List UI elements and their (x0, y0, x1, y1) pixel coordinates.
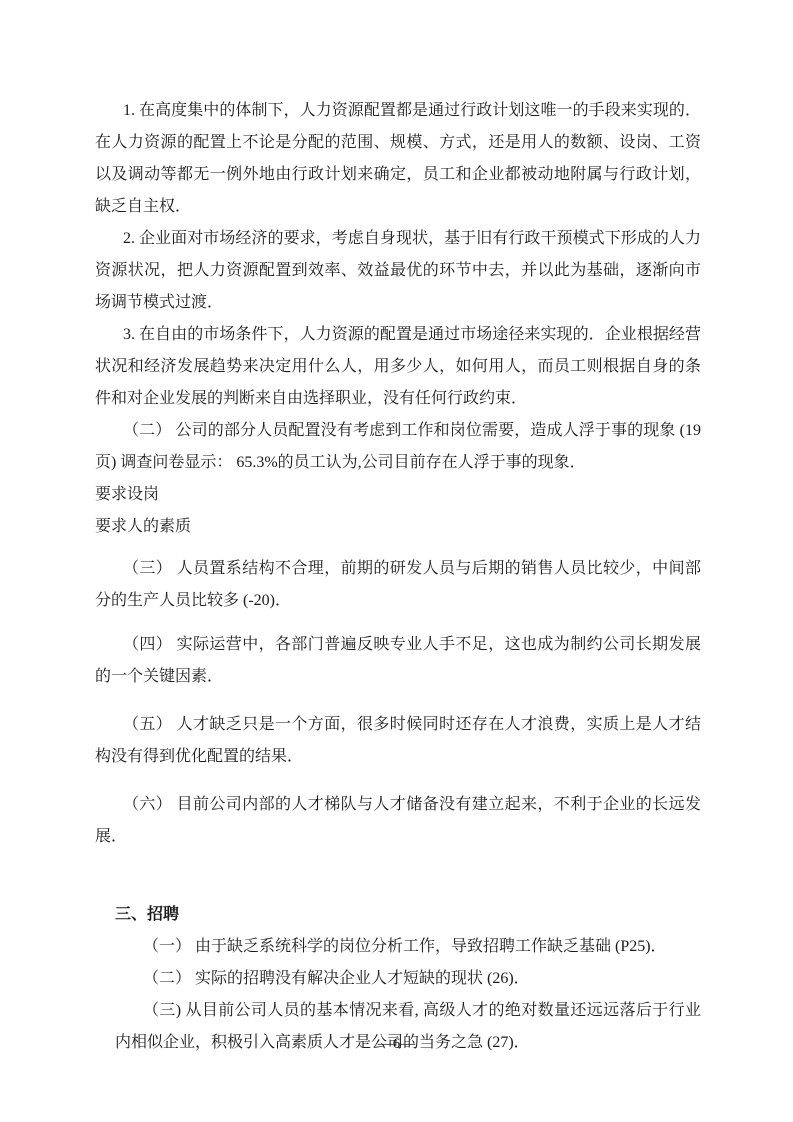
line-require-post: 要求设岗 (95, 479, 701, 511)
paragraph-numbered-3: 3. 在自由的市场条件下，人力资源的配置是通过市场途径来实现的．企业根据经营状况… (95, 319, 701, 415)
recruitment-item-1: （一） 由于缺乏系统科学的岗位分析工作，导致招聘工作缺乏基础 (P25)． (115, 931, 701, 963)
paragraph-item-4: （四） 实际运营中，各部门普遍反映专业人手不足，这也成为制约公司长期发展的一个关… (95, 629, 701, 693)
paragraph-item-2: （二） 公司的部分人员配置没有考虑到工作和岗位需要，造成人浮于事的现象 (19 … (95, 415, 701, 479)
page-number: —6— (0, 1032, 793, 1056)
paragraph-item-3: （三） 人员置系结构不合理，前期的研发人员与后期的销售人员比较少，中间部分的生产… (95, 553, 701, 617)
recruitment-item-2: （二） 实际的招聘没有解决企业人才短缺的现状 (26)． (115, 963, 701, 995)
paragraph-item-5: （五） 人才缺乏只是一个方面，很多时候同时还存在人才浪费，实质上是人才结构没有得… (95, 709, 701, 773)
paragraph-item-6: （六） 目前公司内部的人才梯队与人才储备没有建立起来，不利于企业的长远发展． (95, 789, 701, 853)
text-block: 1. 在高度集中的体制下，人力资源配置都是通过行政计划这唯一的手段来实现的．在人… (95, 95, 701, 1059)
section-heading-recruitment: 三、招聘 (115, 899, 701, 931)
document-page: 1. 在高度集中的体制下，人力资源配置都是通过行政计划这唯一的手段来实现的．在人… (0, 0, 793, 1122)
paragraph-numbered-1: 1. 在高度集中的体制下，人力资源配置都是通过行政计划这唯一的手段来实现的．在人… (95, 95, 701, 223)
line-require-quality: 要求人的素质 (95, 511, 701, 543)
paragraph-numbered-2: 2. 企业面对市场经济的要求，考虑自身现状，基于旧有行政干预模式下形成的人力资源… (95, 223, 701, 319)
